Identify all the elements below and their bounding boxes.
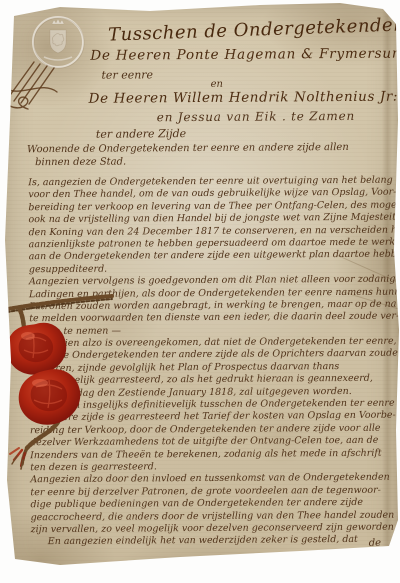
manuscript-page: Tusschen de Ondergetekenden De Heeren Po…	[0, 0, 400, 583]
catchword: de	[369, 538, 381, 549]
paragraph: En aangezien eindelijk het van wederzijd…	[31, 534, 397, 549]
party-two-names: De Heeren Willem Hendrik Nolthenius Jr:	[89, 89, 399, 111]
party-two-names-continued: en Jessua van Eik . te Zamen	[157, 109, 399, 128]
wax-seal-upper-icon	[7, 323, 66, 375]
paragraph: Aangezien alzo door den invloed en tusse…	[30, 472, 396, 537]
manuscript-line: aan de Ondergetekenden ter andere zijde …	[29, 249, 395, 264]
manuscript-line: En aangezien eindelijk het van wederzijd…	[48, 534, 397, 549]
cord-tassel-icon	[10, 448, 25, 469]
photo-background: Tusschen de Ondergetekenden De Heeren Po…	[0, 0, 400, 583]
paragraph: Is, aangezien de Ondergetekenden ter een…	[28, 175, 395, 277]
wax-seal-lower-icon	[19, 369, 81, 425]
residence-clause: binnen deze Stad.	[35, 155, 399, 171]
wax-seals-group	[0, 290, 130, 475]
